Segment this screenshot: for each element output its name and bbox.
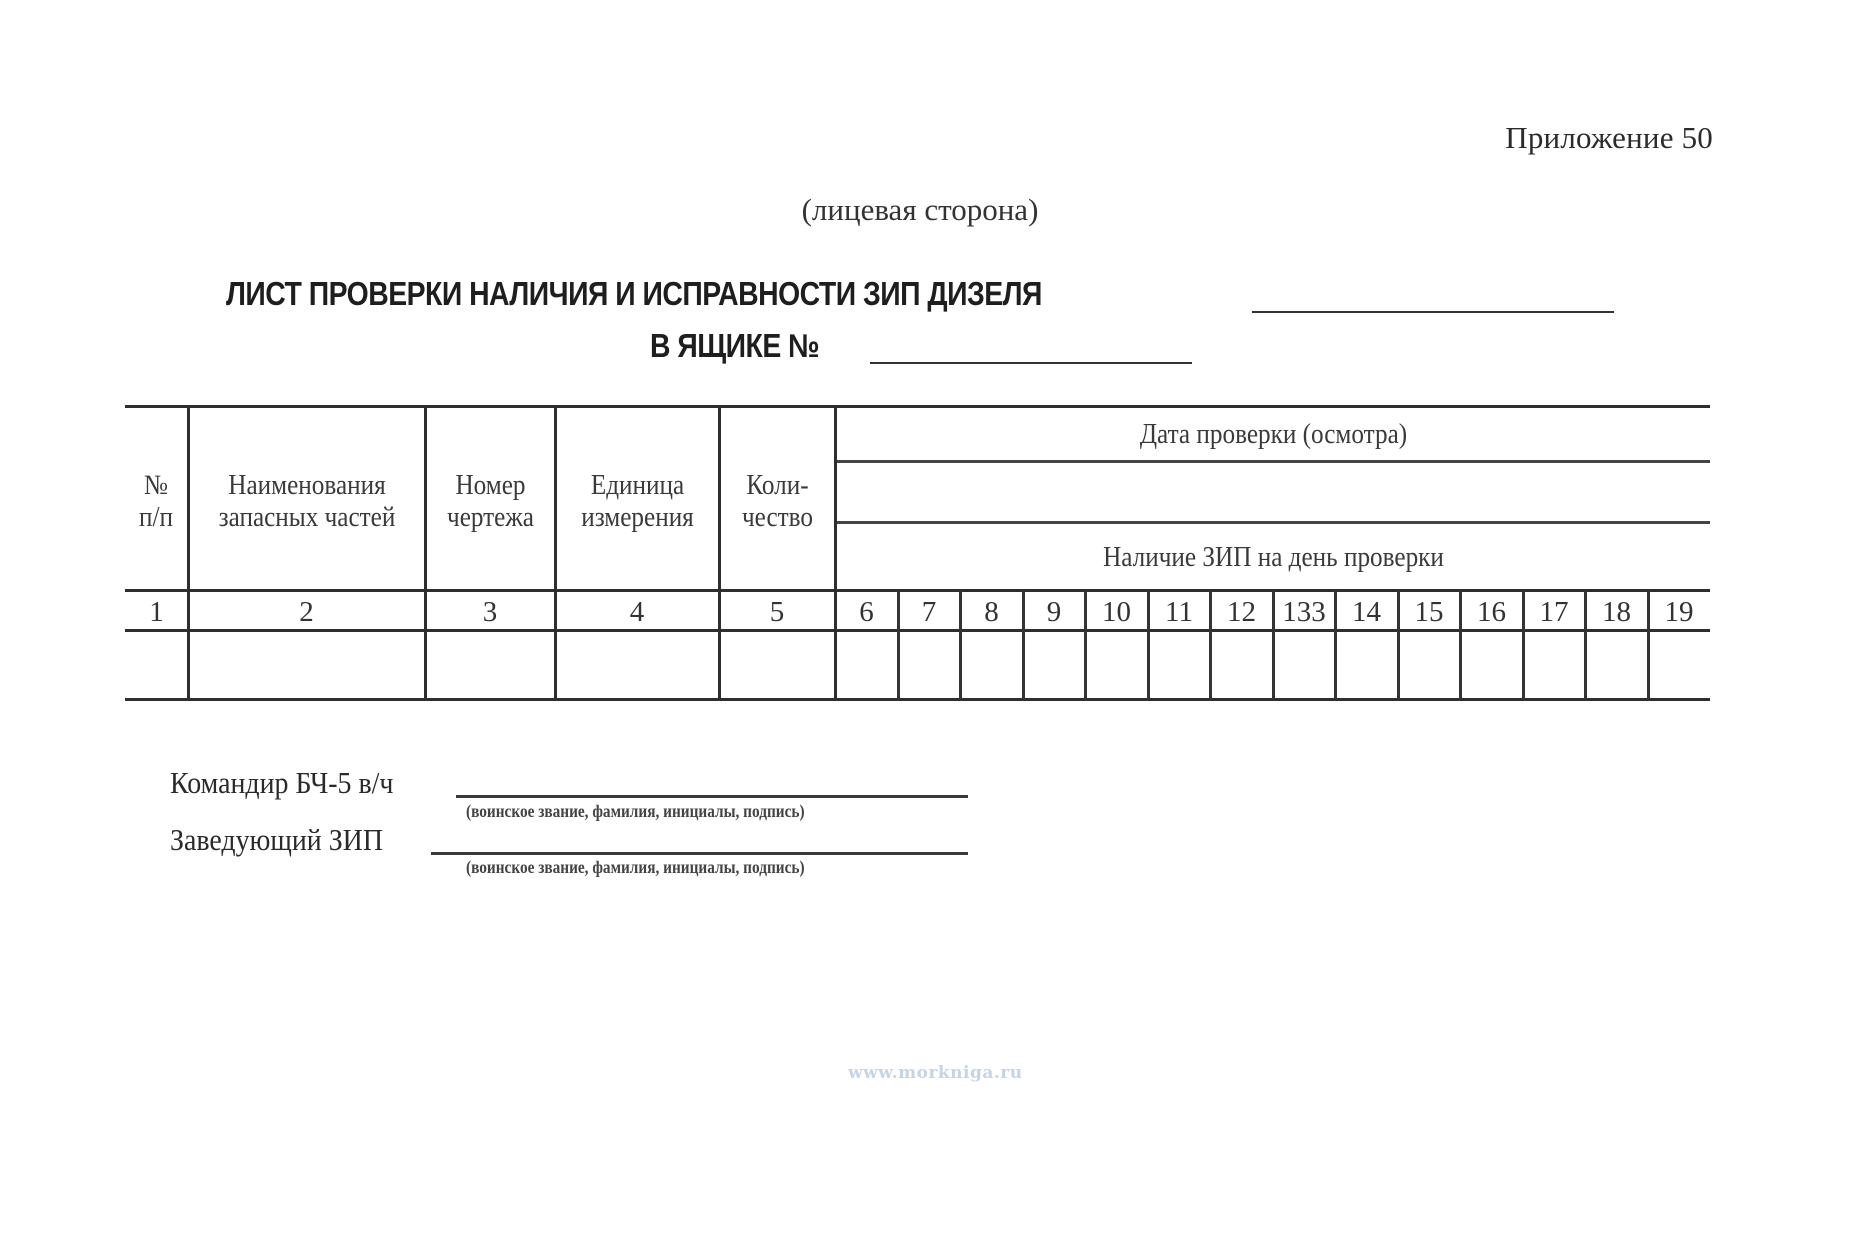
appendix-label: Приложение 50 [1505,120,1713,156]
col-divider [718,405,721,701]
table-cell[interactable] [1026,633,1084,697]
column-number: 7 [898,595,960,629]
column-number: 1 [125,595,188,629]
date-row-divider [835,460,1710,463]
table-cell[interactable] [1401,633,1459,697]
table-cell[interactable] [838,633,897,697]
column-number: 18 [1585,595,1648,629]
column-number: 12 [1210,595,1273,629]
commander-signature-hint: (воинское звание, фамилия, инициалы, под… [466,801,805,822]
zip-manager-label: Заведующий ЗИП [170,822,383,858]
table-cell[interactable] [191,633,424,697]
table-cell[interactable] [1338,633,1397,697]
table-cell[interactable] [428,633,554,697]
header-date-group: Дата проверки (осмотра) [881,419,1667,451]
number-row-bottom-border [125,629,1710,632]
col-divider [554,405,557,701]
header-no: № п/п [128,470,184,534]
form-subtitle: В ЯЩИКЕ № [650,327,819,365]
table-cell[interactable] [128,633,187,697]
table-cell[interactable] [901,633,959,697]
commander-signature-field[interactable] [456,795,968,798]
header-drawing-number: Номер чертежа [433,470,547,534]
table-bottom-border [125,698,1710,701]
col-divider [187,405,190,701]
column-number: 3 [425,595,555,629]
table-cell[interactable] [963,633,1022,697]
zip-manager-signature-field[interactable] [431,852,968,855]
column-number: 10 [1085,595,1148,629]
column-number: 15 [1398,595,1460,629]
col-divider [424,405,427,701]
column-number: 19 [1648,595,1710,629]
header-bottom-border [125,589,1710,592]
header-part-name: Наименования запасных частей [202,470,413,534]
table-cell[interactable] [1588,633,1647,697]
table-top-border [125,405,1710,408]
column-number: 5 [719,595,835,629]
column-number: 16 [1460,595,1523,629]
col-divider [834,405,837,701]
diesel-blank-field[interactable] [1252,311,1614,313]
column-number: 9 [1023,595,1085,629]
table-cell[interactable] [558,633,718,697]
header-unit: Единица измерения [565,470,710,534]
side-label: (лицевая сторона) [0,192,1840,228]
column-number: 8 [960,595,1023,629]
table-cell[interactable] [1463,633,1522,697]
header-presence-group: Наличие ЗИП на день проверки [881,542,1667,574]
commander-label: Командир БЧ-5 в/ч [170,765,393,801]
table-cell[interactable] [1088,633,1147,697]
date-entry-divider [835,521,1710,524]
column-number: 2 [188,595,425,629]
table-cell[interactable] [1276,633,1334,697]
column-number: 133 [1273,595,1335,629]
table-cell[interactable] [1526,633,1584,697]
box-number-blank-field[interactable] [870,362,1192,364]
table-cell[interactable] [1213,633,1272,697]
form-title: ЛИСТ ПРОВЕРКИ НАЛИЧИЯ И ИСПРАВНОСТИ ЗИП … [226,275,1042,313]
zip-manager-signature-hint: (воинское звание, фамилия, инициалы, под… [466,857,805,878]
column-number: 14 [1335,595,1398,629]
column-number: 4 [555,595,719,629]
table-cell[interactable] [1151,633,1209,697]
header-quantity: Коли- чество [727,470,829,534]
table-cell[interactable] [1651,633,1709,697]
watermark: www.morkniga.ru [848,1063,1023,1083]
column-number: 6 [835,595,898,629]
table-cell[interactable] [722,633,834,697]
column-number: 17 [1523,595,1585,629]
column-number: 11 [1148,595,1210,629]
